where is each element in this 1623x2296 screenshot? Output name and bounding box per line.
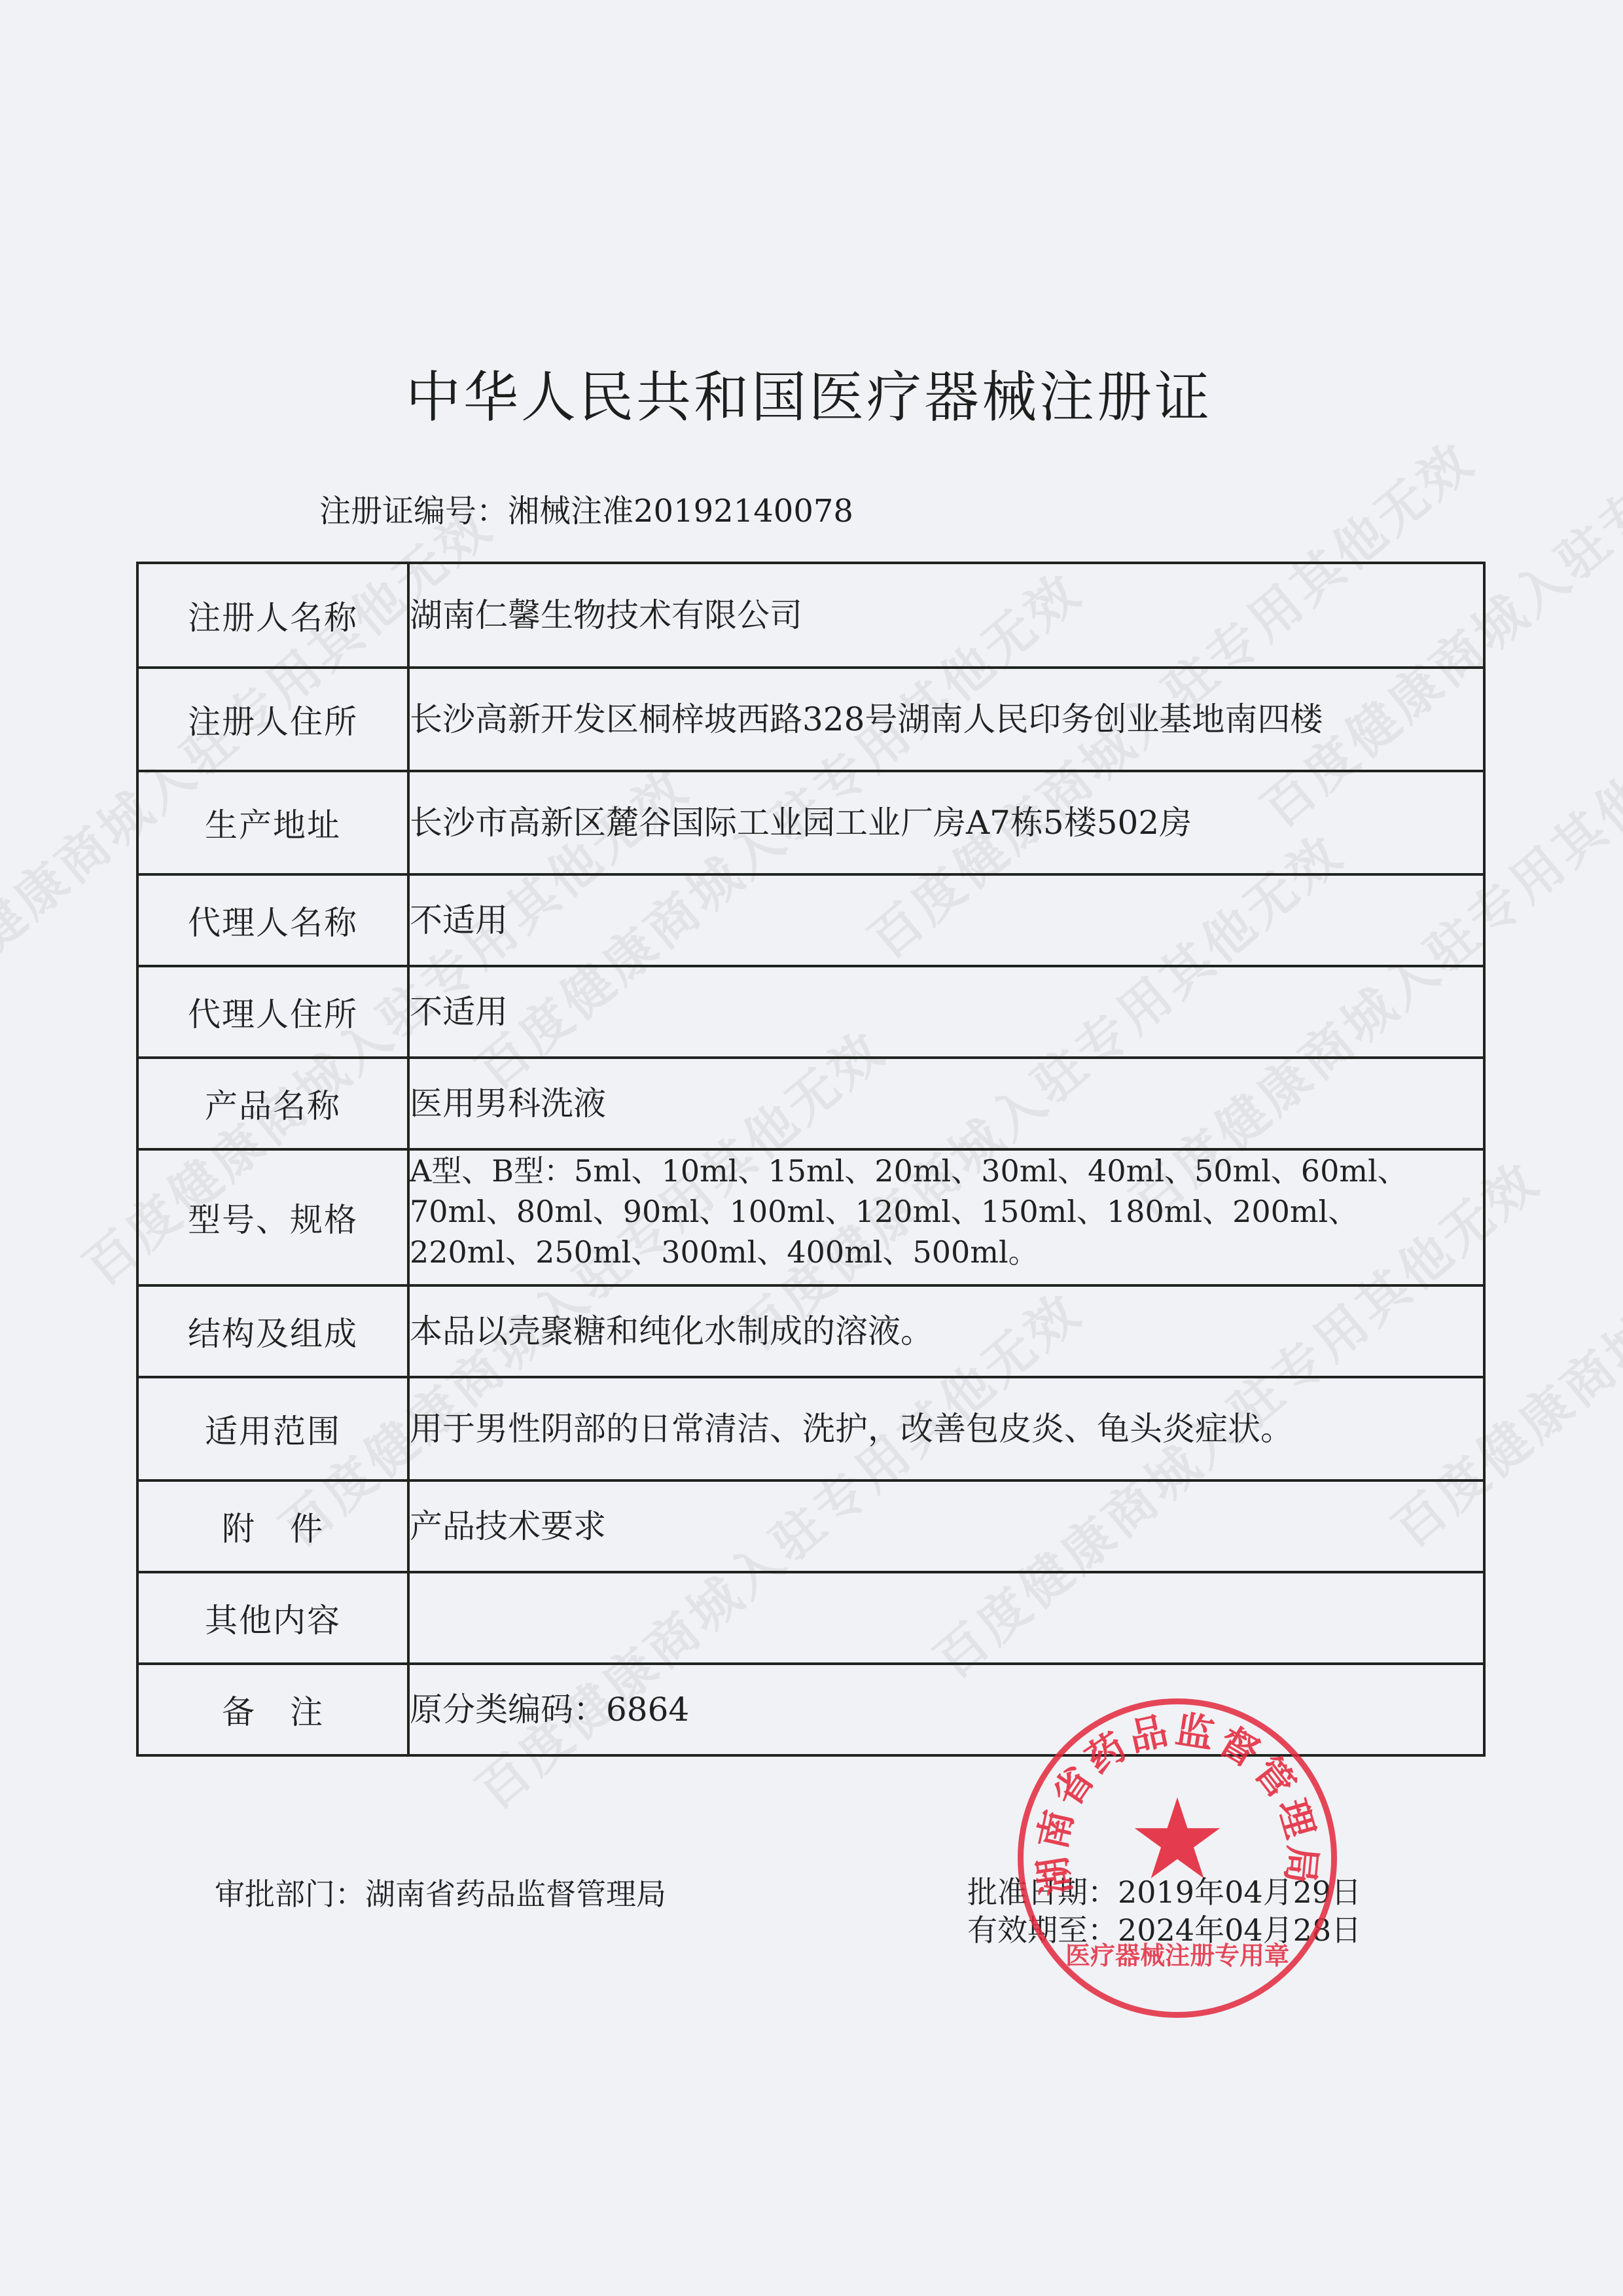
row-label: 代理人住所 — [137, 966, 408, 1058]
registration-number: 注册证编号：湘械注准20192140078 — [319, 486, 853, 531]
spec-line: 220ml、250ml、300ml、400ml、500ml。 — [410, 1232, 1483, 1272]
row-label: 代理人名称 — [137, 874, 408, 966]
table-row: 附 件 产品技术要求 — [137, 1480, 1484, 1572]
table-row: 代理人名称 不适用 — [137, 874, 1484, 966]
row-value: 产品技术要求 — [408, 1480, 1484, 1572]
table-row: 其他内容 — [137, 1572, 1484, 1664]
row-label: 注册人住所 — [137, 668, 408, 771]
row-value: 本品以壳聚糖和纯化水制成的溶液。 — [408, 1285, 1484, 1377]
row-value — [408, 1572, 1484, 1664]
row-label: 其他内容 — [137, 1572, 408, 1664]
row-value: A型、B型：5ml、10ml、15ml、20ml、30ml、40ml、50ml、… — [408, 1149, 1484, 1285]
row-label: 产品名称 — [137, 1058, 408, 1149]
row-label: 备 注 — [137, 1664, 408, 1755]
spec-line: 70ml、80ml、90ml、100ml、120ml、150ml、180ml、2… — [410, 1191, 1483, 1232]
row-value: 不适用 — [408, 874, 1484, 966]
row-label: 生产地址 — [137, 771, 408, 874]
document-title: 中华人民共和国医疗器械注册证 — [406, 353, 1212, 433]
table-row: 生产地址 长沙市高新区麓谷国际工业园工业厂房A7栋5楼502房 — [137, 771, 1484, 874]
table-row: 产品名称 医用男科洗液 — [137, 1058, 1484, 1149]
row-label: 注册人名称 — [137, 563, 408, 668]
row-value: 医用男科洗液 — [408, 1058, 1484, 1149]
row-label: 型号、规格 — [137, 1149, 408, 1285]
row-value: 长沙高新开发区桐梓坡西路328号湖南人民印务创业基地南四楼 — [408, 668, 1484, 771]
certificate-table: 注册人名称 湖南仁馨生物技术有限公司 注册人住所 长沙高新开发区桐梓坡西路328… — [136, 562, 1486, 1757]
official-seal: 湖南省药品监督管理局 ★ 医疗器械注册专用章 — [1018, 1698, 1337, 2018]
registration-number-label: 注册证编号： — [319, 493, 508, 529]
star-icon: ★ — [1128, 1784, 1227, 1895]
table-row: 注册人名称 湖南仁馨生物技术有限公司 — [137, 563, 1484, 668]
row-label: 适用范围 — [137, 1377, 408, 1480]
row-value: 湖南仁馨生物技术有限公司 — [408, 563, 1484, 668]
row-label: 附 件 — [137, 1480, 408, 1572]
seal-bottom-text: 医疗器械注册专用章 — [1065, 1935, 1289, 1971]
table-row: 代理人住所 不适用 — [137, 966, 1484, 1058]
table-row: 注册人住所 长沙高新开发区桐梓坡西路328号湖南人民印务创业基地南四楼 — [137, 668, 1484, 771]
approval-department: 审批部门：湖南省药品监督管理局 — [215, 1871, 666, 1914]
row-value: 用于男性阴部的日常清洁、洗护，改善包皮炎、龟头炎症状。 — [408, 1377, 1484, 1480]
table-row: 适用范围 用于男性阴部的日常清洁、洗护，改善包皮炎、龟头炎症状。 — [137, 1377, 1484, 1480]
registration-number-value: 湘械注准20192140078 — [508, 493, 853, 529]
row-value: 不适用 — [408, 966, 1484, 1058]
row-value: 长沙市高新区麓谷国际工业园工业厂房A7栋5楼502房 — [408, 771, 1484, 874]
row-label: 结构及组成 — [137, 1285, 408, 1377]
spec-line: A型、B型：5ml、10ml、15ml、20ml、30ml、40ml、50ml、… — [410, 1151, 1483, 1191]
table-row: 型号、规格 A型、B型：5ml、10ml、15ml、20ml、30ml、40ml… — [137, 1149, 1484, 1285]
table-row: 结构及组成 本品以壳聚糖和纯化水制成的溶液。 — [137, 1285, 1484, 1377]
